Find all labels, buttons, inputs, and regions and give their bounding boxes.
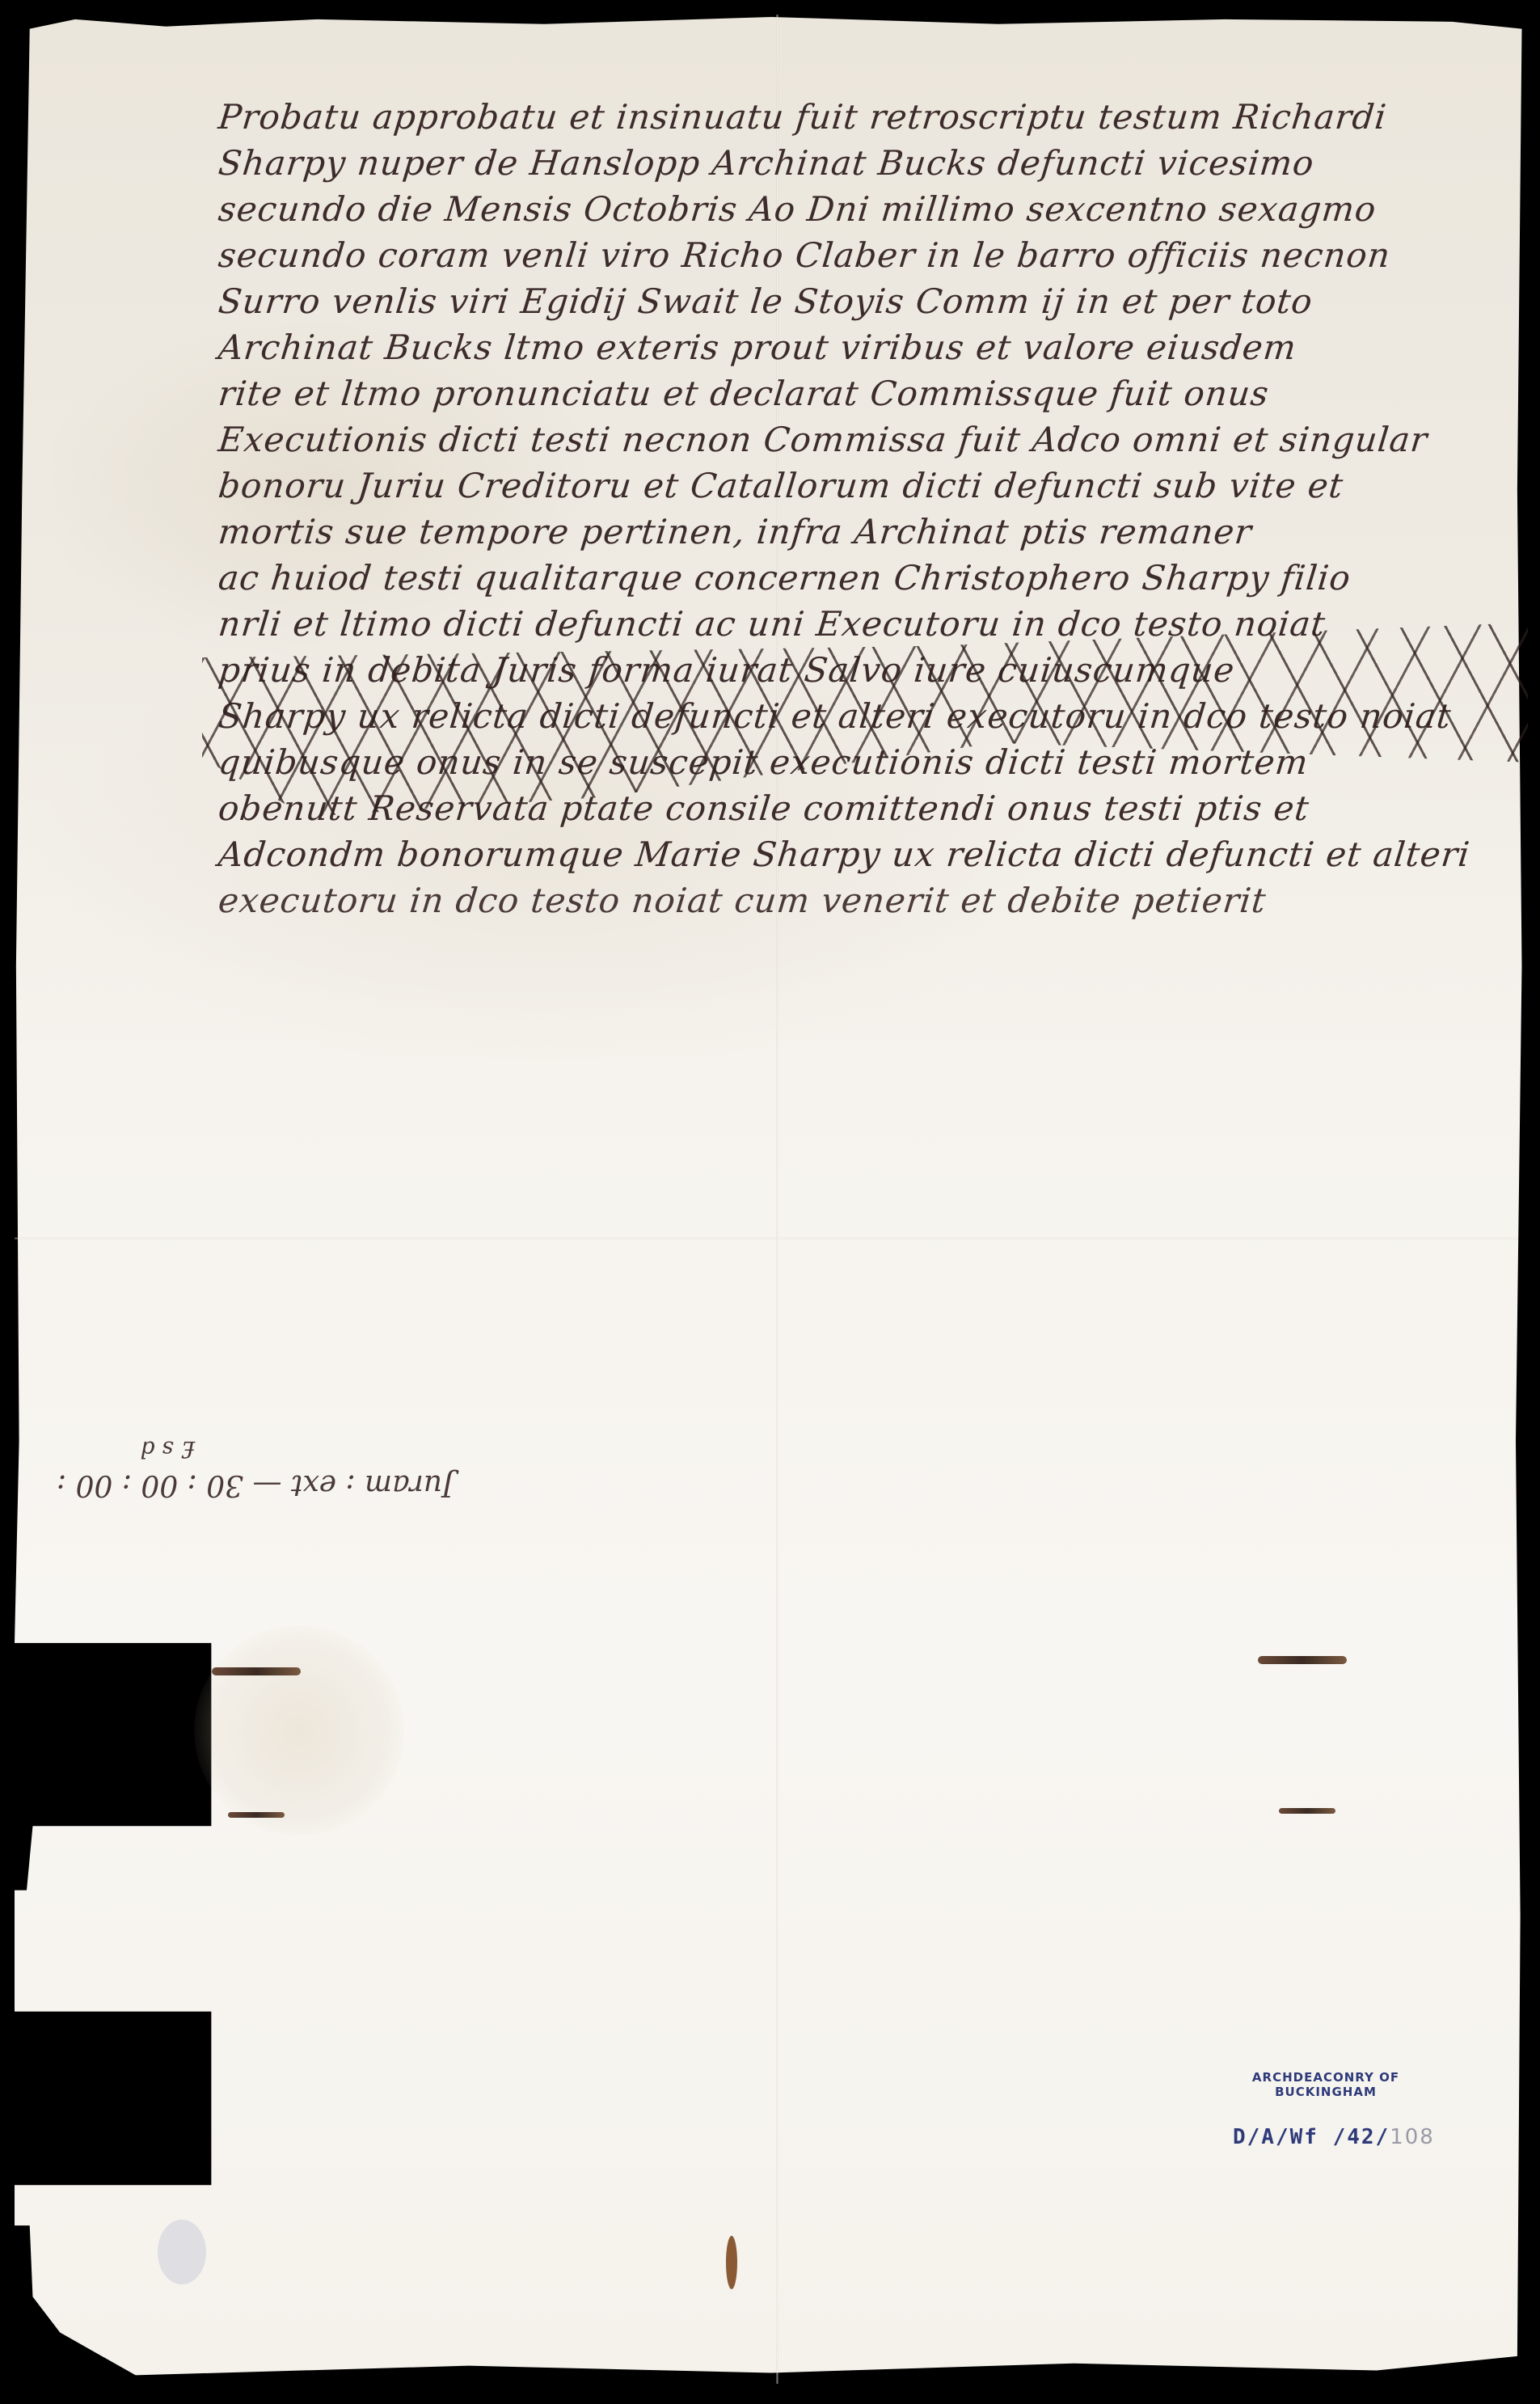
manuscript-line: Sharpy nuper de Hanslopp Archinat Bucks … xyxy=(216,143,1514,189)
manuscript-line: Archinat Bucks ltmo exteris prout viribu… xyxy=(216,327,1514,374)
reference-stamped: D/A/Wf /42/ xyxy=(1233,2125,1390,2149)
manuscript-text: Probatu approbatu et insinuatu fuit retr… xyxy=(218,97,1512,927)
manuscript-line: mortis sue tempore pertinen, infra Archi… xyxy=(216,512,1514,558)
manuscript-line: Executionis dicti testi necnon Commissa … xyxy=(216,420,1514,466)
manuscript-line: Probatu approbatu et insinuatu fuit retr… xyxy=(216,97,1514,143)
horizontal-fold-crease xyxy=(15,1237,1518,1240)
wax-seal-remnant xyxy=(726,2236,737,2289)
manuscript-line-crossed: quibusque onus in se suscepit executioni… xyxy=(216,742,1514,788)
archive-stamp: ARCHDEACONRY OF BUCKINGHAM D/A/Wf /42/10… xyxy=(1233,2070,1467,2149)
manuscript-line: nrli et ltimo dicti defuncti ac uni Exec… xyxy=(216,604,1514,650)
reference-pencil: 108 xyxy=(1390,2125,1435,2149)
manuscript-line: prius in debita Juris forma iurat Salvo … xyxy=(216,650,1514,696)
stamp-line-2: BUCKINGHAM xyxy=(1233,2085,1419,2099)
seal-tear-mark xyxy=(228,1812,285,1818)
seal-tear-mark xyxy=(1279,1808,1335,1814)
seal-tear-mark xyxy=(212,1667,301,1675)
water-stain xyxy=(194,1625,404,1836)
manuscript-line-crossed: Sharpy ux relicta dicti defuncti et alte… xyxy=(216,696,1514,742)
manuscript-line: secundo die Mensis Octobris Ao Dni milli… xyxy=(216,189,1514,235)
manuscript-line: Surro venlis viri Egidij Swait le Stoyis… xyxy=(216,281,1514,327)
manuscript-line: executoru in dco testo noiat cum venerit… xyxy=(216,881,1514,927)
manuscript-line: rite et ltmo pronunciatu et declarat Com… xyxy=(216,374,1514,420)
manuscript-line: bonoru Juriu Creditoru et Catallorum dic… xyxy=(216,466,1514,512)
seal-tear-mark xyxy=(1258,1656,1347,1664)
manuscript-line: ac huiod testi qualitarque concernen Chr… xyxy=(216,558,1514,604)
manuscript-line: obenutt Reservata ptate consile comitten… xyxy=(216,788,1514,834)
margin-note-amount: Juram : ext — 30 : 00 : 00 : xyxy=(57,1467,454,1502)
stamp-line-1: ARCHDEACONRY OF xyxy=(1233,2070,1419,2085)
archive-reference: D/A/Wf /42/108 xyxy=(1233,2125,1467,2149)
inverted-margin-note: Juram : ext — 30 : 00 : 00 : £ s d xyxy=(57,1431,454,1502)
margin-note-currency: £ s d xyxy=(57,1431,454,1467)
document-scan: Probatu approbatu et insinuatu fuit retr… xyxy=(0,0,1540,2404)
ink-smudge xyxy=(158,2220,206,2284)
manuscript-line: Adcondm bonorumque Marie Sharpy ux relic… xyxy=(216,834,1514,881)
manuscript-line: secundo coram venli viro Richo Claber in… xyxy=(216,235,1514,281)
